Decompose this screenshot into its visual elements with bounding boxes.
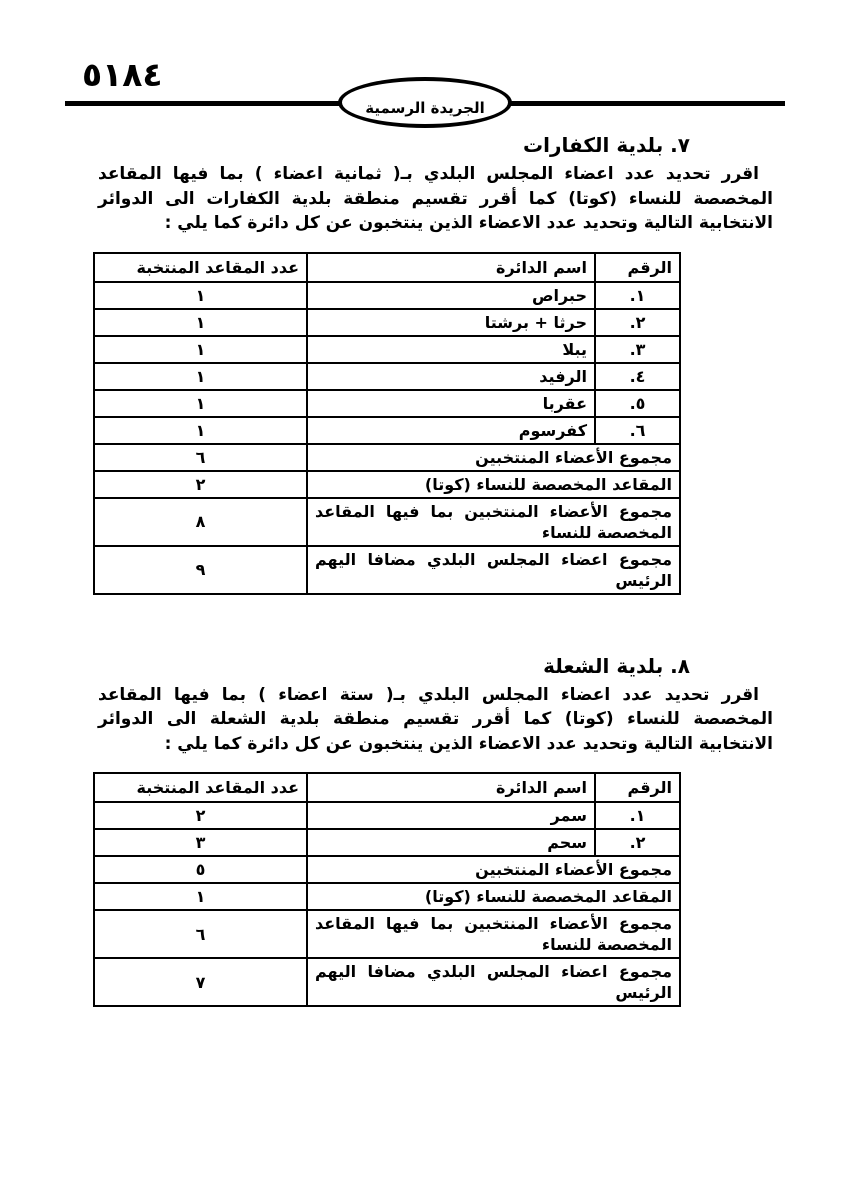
districts-table: الرقم اسم الدائرة عدد المقاعد المنتخبة ١…	[93, 772, 681, 1007]
section-municipality-shuala: ٨. بلدية الشعلة اقرر تحديد عدد اعضاء الم…	[65, 651, 785, 1008]
summary-label: المقاعد المخصصة للنساء (كوتا)	[307, 883, 680, 910]
summary-label: مجموع الأعضاء المنتخبين بما فيها المقاعد…	[307, 498, 680, 546]
summary-value: ٥	[94, 856, 307, 883]
table-row: ١. حبراص ١	[94, 282, 680, 309]
seats-cell: ١	[94, 336, 307, 363]
section-intro: اقرر تحديد عدد اعضاء المجلس البلدي بـ( س…	[98, 683, 773, 757]
seats-cell: ٣	[94, 829, 307, 856]
table-row: ١. سمر ٢	[94, 802, 680, 829]
district-cell: سحم	[307, 829, 595, 856]
summary-row: مجموع الأعضاء المنتخبين بما فيها المقاعد…	[94, 910, 680, 958]
section-heading: ٨. بلدية الشعلة	[65, 651, 785, 681]
summary-label: مجموع اعضاء المجلس البلدي مضافا اليهم ال…	[307, 546, 680, 594]
table-header-row: الرقم اسم الدائرة عدد المقاعد المنتخبة	[94, 253, 680, 282]
summary-value: ١	[94, 883, 307, 910]
seats-cell: ١	[94, 390, 307, 417]
district-cell: يبلا	[307, 336, 595, 363]
summary-row: مجموع اعضاء المجلس البلدي مضافا اليهم ال…	[94, 546, 680, 594]
table-header-row: الرقم اسم الدائرة عدد المقاعد المنتخبة	[94, 773, 680, 802]
summary-row: المقاعد المخصصة للنساء (كوتا) ٢	[94, 471, 680, 498]
summary-label: مجموع الأعضاء المنتخبين	[307, 856, 680, 883]
row-number-cell: ٢.	[595, 309, 680, 336]
district-cell: الرفيد	[307, 363, 595, 390]
seats-cell: ٢	[94, 802, 307, 829]
summary-label: مجموع الأعضاء المنتخبين	[307, 444, 680, 471]
column-header-seats: عدد المقاعد المنتخبة	[94, 773, 307, 802]
summary-value: ٧	[94, 958, 307, 1006]
summary-value: ٩	[94, 546, 307, 594]
table-row: ٤. الرفيد ١	[94, 363, 680, 390]
column-header-district: اسم الدائرة	[307, 253, 595, 282]
section-intro: اقرر تحديد عدد اعضاء المجلس البلدي بـ( ث…	[98, 162, 773, 236]
district-cell: كفرسوم	[307, 417, 595, 444]
gazette-title: الجريدة الرسمية	[365, 89, 484, 117]
row-number-cell: ٦.	[595, 417, 680, 444]
summary-row: مجموع الأعضاء المنتخبين ٦	[94, 444, 680, 471]
gazette-seal: الجريدة الرسمية	[338, 77, 512, 128]
table-row: ٢. سحم ٣	[94, 829, 680, 856]
summary-row: مجموع الأعضاء المنتخبين بما فيها المقاعد…	[94, 498, 680, 546]
table-row: ٢. حرثا + برشتا ١	[94, 309, 680, 336]
districts-table: الرقم اسم الدائرة عدد المقاعد المنتخبة ١…	[93, 252, 681, 595]
district-cell: حرثا + برشتا	[307, 309, 595, 336]
column-header-number: الرقم	[595, 253, 680, 282]
summary-label: المقاعد المخصصة للنساء (كوتا)	[307, 471, 680, 498]
row-number-cell: ٣.	[595, 336, 680, 363]
column-header-district: اسم الدائرة	[307, 773, 595, 802]
summary-value: ٢	[94, 471, 307, 498]
section-municipality-kafarat: ٧. بلدية الكفارات اقرر تحديد عدد اعضاء ا…	[65, 130, 785, 595]
row-number-cell: ٢.	[595, 829, 680, 856]
summary-value: ٦	[94, 910, 307, 958]
district-cell: سمر	[307, 802, 595, 829]
summary-label: مجموع اعضاء المجلس البلدي مضافا اليهم ال…	[307, 958, 680, 1006]
district-cell: حبراص	[307, 282, 595, 309]
summary-row: مجموع الأعضاء المنتخبين ٥	[94, 856, 680, 883]
section-heading: ٧. بلدية الكفارات	[65, 130, 785, 160]
summary-row: المقاعد المخصصة للنساء (كوتا) ١	[94, 883, 680, 910]
row-number-cell: ٥.	[595, 390, 680, 417]
row-number-cell: ١.	[595, 802, 680, 829]
page-number: ٥١٨٤	[82, 56, 163, 94]
table-row: ٥. عقربا ١	[94, 390, 680, 417]
summary-row: مجموع اعضاء المجلس البلدي مضافا اليهم ال…	[94, 958, 680, 1006]
district-cell: عقربا	[307, 390, 595, 417]
row-number-cell: ١.	[595, 282, 680, 309]
seats-cell: ١	[94, 417, 307, 444]
column-header-number: الرقم	[595, 773, 680, 802]
gazette-page: ٥١٨٤ الجريدة الرسمية ٧. بلدية الكفارات ا…	[0, 0, 850, 1193]
seats-cell: ١	[94, 309, 307, 336]
column-header-seats: عدد المقاعد المنتخبة	[94, 253, 307, 282]
summary-value: ٨	[94, 498, 307, 546]
summary-value: ٦	[94, 444, 307, 471]
page-content: ٧. بلدية الكفارات اقرر تحديد عدد اعضاء ا…	[65, 130, 785, 1007]
row-number-cell: ٤.	[595, 363, 680, 390]
summary-label: مجموع الأعضاء المنتخبين بما فيها المقاعد…	[307, 910, 680, 958]
seats-cell: ١	[94, 282, 307, 309]
seats-cell: ١	[94, 363, 307, 390]
table-row: ٦. كفرسوم ١	[94, 417, 680, 444]
table-row: ٣. يبلا ١	[94, 336, 680, 363]
